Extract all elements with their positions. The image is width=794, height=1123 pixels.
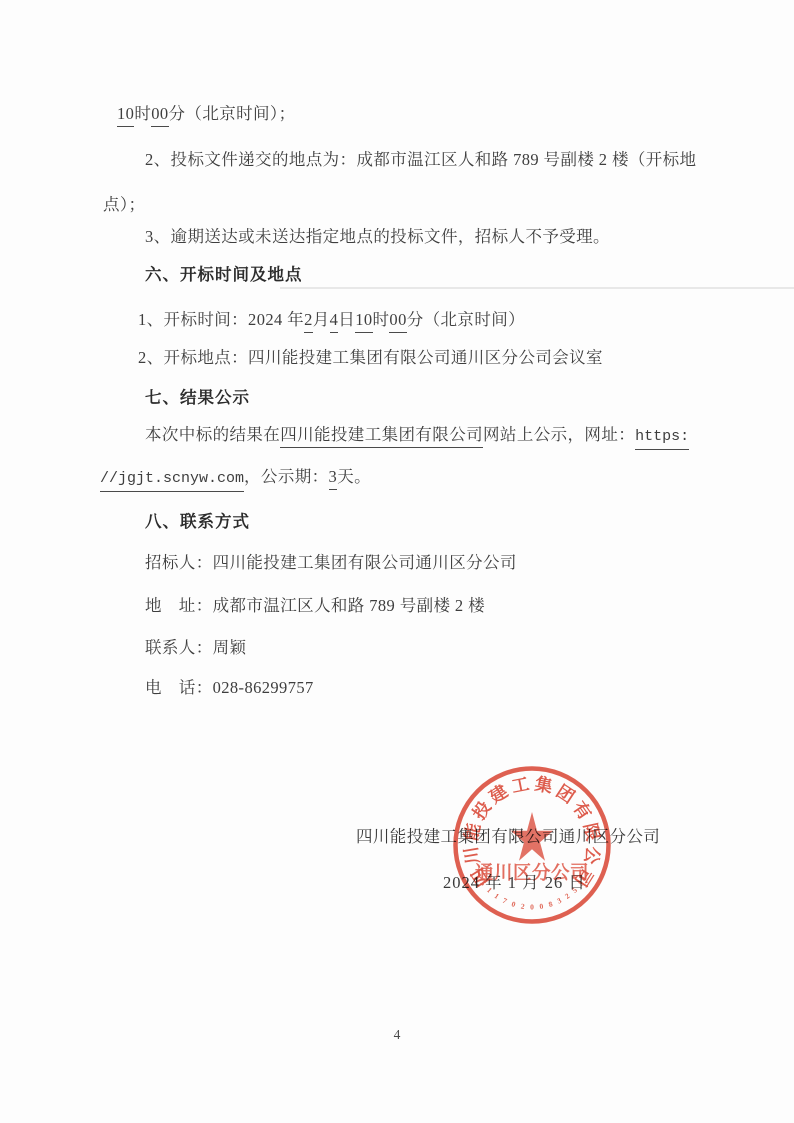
- seal-arc-text-char: 建: [486, 781, 512, 808]
- doc-line: 点）；: [103, 194, 145, 216]
- seal-serial-digit: 3: [556, 896, 564, 906]
- text-segment: 时: [373, 309, 390, 331]
- text-segment: 六、开标时间及地点: [145, 264, 303, 286]
- text-segment: 招标人：四川能投建工集团有限公司通川区分公司: [145, 552, 517, 574]
- underlined-segment: //jgjt.scnyw.com: [100, 468, 244, 492]
- text-segment: ，公示期：: [244, 466, 329, 488]
- text-segment: 八、联系方式: [145, 511, 250, 533]
- doc-line: 招标人：四川能投建工集团有限公司通川区分公司: [145, 552, 517, 574]
- scan-artifact-line: [280, 287, 794, 289]
- official-seal: 四川能投建工集团有限公司通川区分公司5117020083255: [422, 735, 642, 955]
- underlined-segment: 2: [304, 309, 313, 333]
- seal-serial-digit: 0: [539, 902, 544, 912]
- underlined-segment: 00: [151, 103, 168, 127]
- seal-serial-digit: 5: [570, 885, 579, 894]
- seal-arc-text-char: 限: [580, 821, 603, 843]
- doc-line: 地 址：成都市温江区人和路 789 号副楼 2 楼: [145, 595, 485, 617]
- underlined-segment: 4: [330, 309, 339, 333]
- seal-serial-digit: 2: [520, 902, 525, 912]
- underlined-segment: 00: [389, 309, 406, 333]
- seal-serial-digit: 8: [547, 899, 553, 909]
- underlined-segment: 四川能投建工集团有限公司: [280, 424, 483, 448]
- seal-arc-text-char: 投: [469, 797, 496, 823]
- seal-arc-text-char: 工: [510, 774, 532, 797]
- text-segment: 1、开标时间：2024 年: [138, 309, 304, 331]
- doc-line: 10 时 00 分（北京时间）；: [117, 103, 295, 127]
- seal-serial-digit: 0: [530, 903, 534, 912]
- seal-serial-digit: 0: [510, 899, 516, 909]
- underlined-segment: 10: [117, 103, 134, 127]
- underlined-segment: https:: [635, 426, 689, 450]
- doc-line: 七、结果公示: [145, 387, 250, 409]
- doc-line: //jgjt.scnyw.com ，公示期：3 天。: [100, 466, 371, 492]
- seal-inner-text: 通川区分公司: [475, 862, 589, 884]
- doc-line: 联系人：周颖: [145, 637, 246, 659]
- text-segment: 地 址：成都市温江区人和路 789 号副楼 2 楼: [145, 595, 485, 617]
- doc-line: 六、开标时间及地点: [145, 264, 303, 286]
- text-segment: 月: [313, 309, 330, 331]
- text-segment: 3、逾期送达或未送达指定地点的投标文件，招标人不予受理。: [145, 226, 610, 248]
- doc-line: 3、逾期送达或未送达指定地点的投标文件，招标人不予受理。: [145, 226, 610, 248]
- doc-line: 1、开标时间：2024 年 2 月 4 日 10 时 00 分（北京时间）: [138, 309, 525, 333]
- text-segment: 点）；: [103, 194, 145, 216]
- doc-line: 八、联系方式: [145, 511, 250, 533]
- seal-serial-digit: 1: [493, 891, 501, 901]
- text-segment: 时: [134, 103, 151, 125]
- doc-line: 本次中标的结果在四川能投建工集团有限公司网站上公示，网址：https:: [145, 424, 689, 450]
- text-segment: 本次中标的结果在: [145, 424, 280, 446]
- seal-serial-digit: 1: [485, 886, 494, 895]
- seal-serial-digit: 7: [501, 896, 509, 906]
- underlined-segment: 10: [355, 309, 372, 333]
- seal-arc-text-char: 集: [533, 774, 555, 797]
- page-number: 4: [0, 1027, 794, 1043]
- seal-serial-digit: 2: [563, 891, 571, 901]
- seal-arc-text-char: 有: [569, 798, 596, 824]
- doc-line: 电 话：028-86299757: [145, 677, 314, 699]
- doc-line: 2、投标文件递交的地点为：成都市温江区人和路 789 号副楼 2 楼（开标地: [145, 149, 696, 171]
- text-segment: 联系人：周颖: [145, 637, 246, 659]
- seal-arc-text-char: 团: [553, 781, 579, 807]
- seal-arc-text-char: 能: [461, 821, 484, 842]
- text-segment: 2、开标地点：四川能投建工集团有限公司通川区分公司会议室: [138, 347, 603, 369]
- text-segment: 分（北京时间）；: [169, 103, 296, 125]
- doc-line: 2、开标地点：四川能投建工集团有限公司通川区分公司会议室: [138, 347, 603, 369]
- text-segment: 天。: [337, 466, 371, 488]
- text-segment: 电 话：028-86299757: [145, 677, 314, 699]
- page: 10 时 00 分（北京时间）；2、投标文件递交的地点为：成都市温江区人和路 7…: [0, 0, 794, 1123]
- text-segment: 日: [338, 309, 355, 331]
- seal-arc-text-char: 川: [461, 845, 484, 866]
- text-segment: 2、投标文件递交的地点为：成都市温江区人和路 789 号副楼 2 楼（开标地: [145, 149, 696, 171]
- text-segment: 网站上公示，网址：: [483, 424, 635, 446]
- text-segment: 七、结果公示: [145, 387, 250, 409]
- text-segment: 分（北京时间）: [407, 309, 525, 331]
- seal-star: [511, 812, 553, 861]
- underlined-segment: 3: [329, 466, 338, 490]
